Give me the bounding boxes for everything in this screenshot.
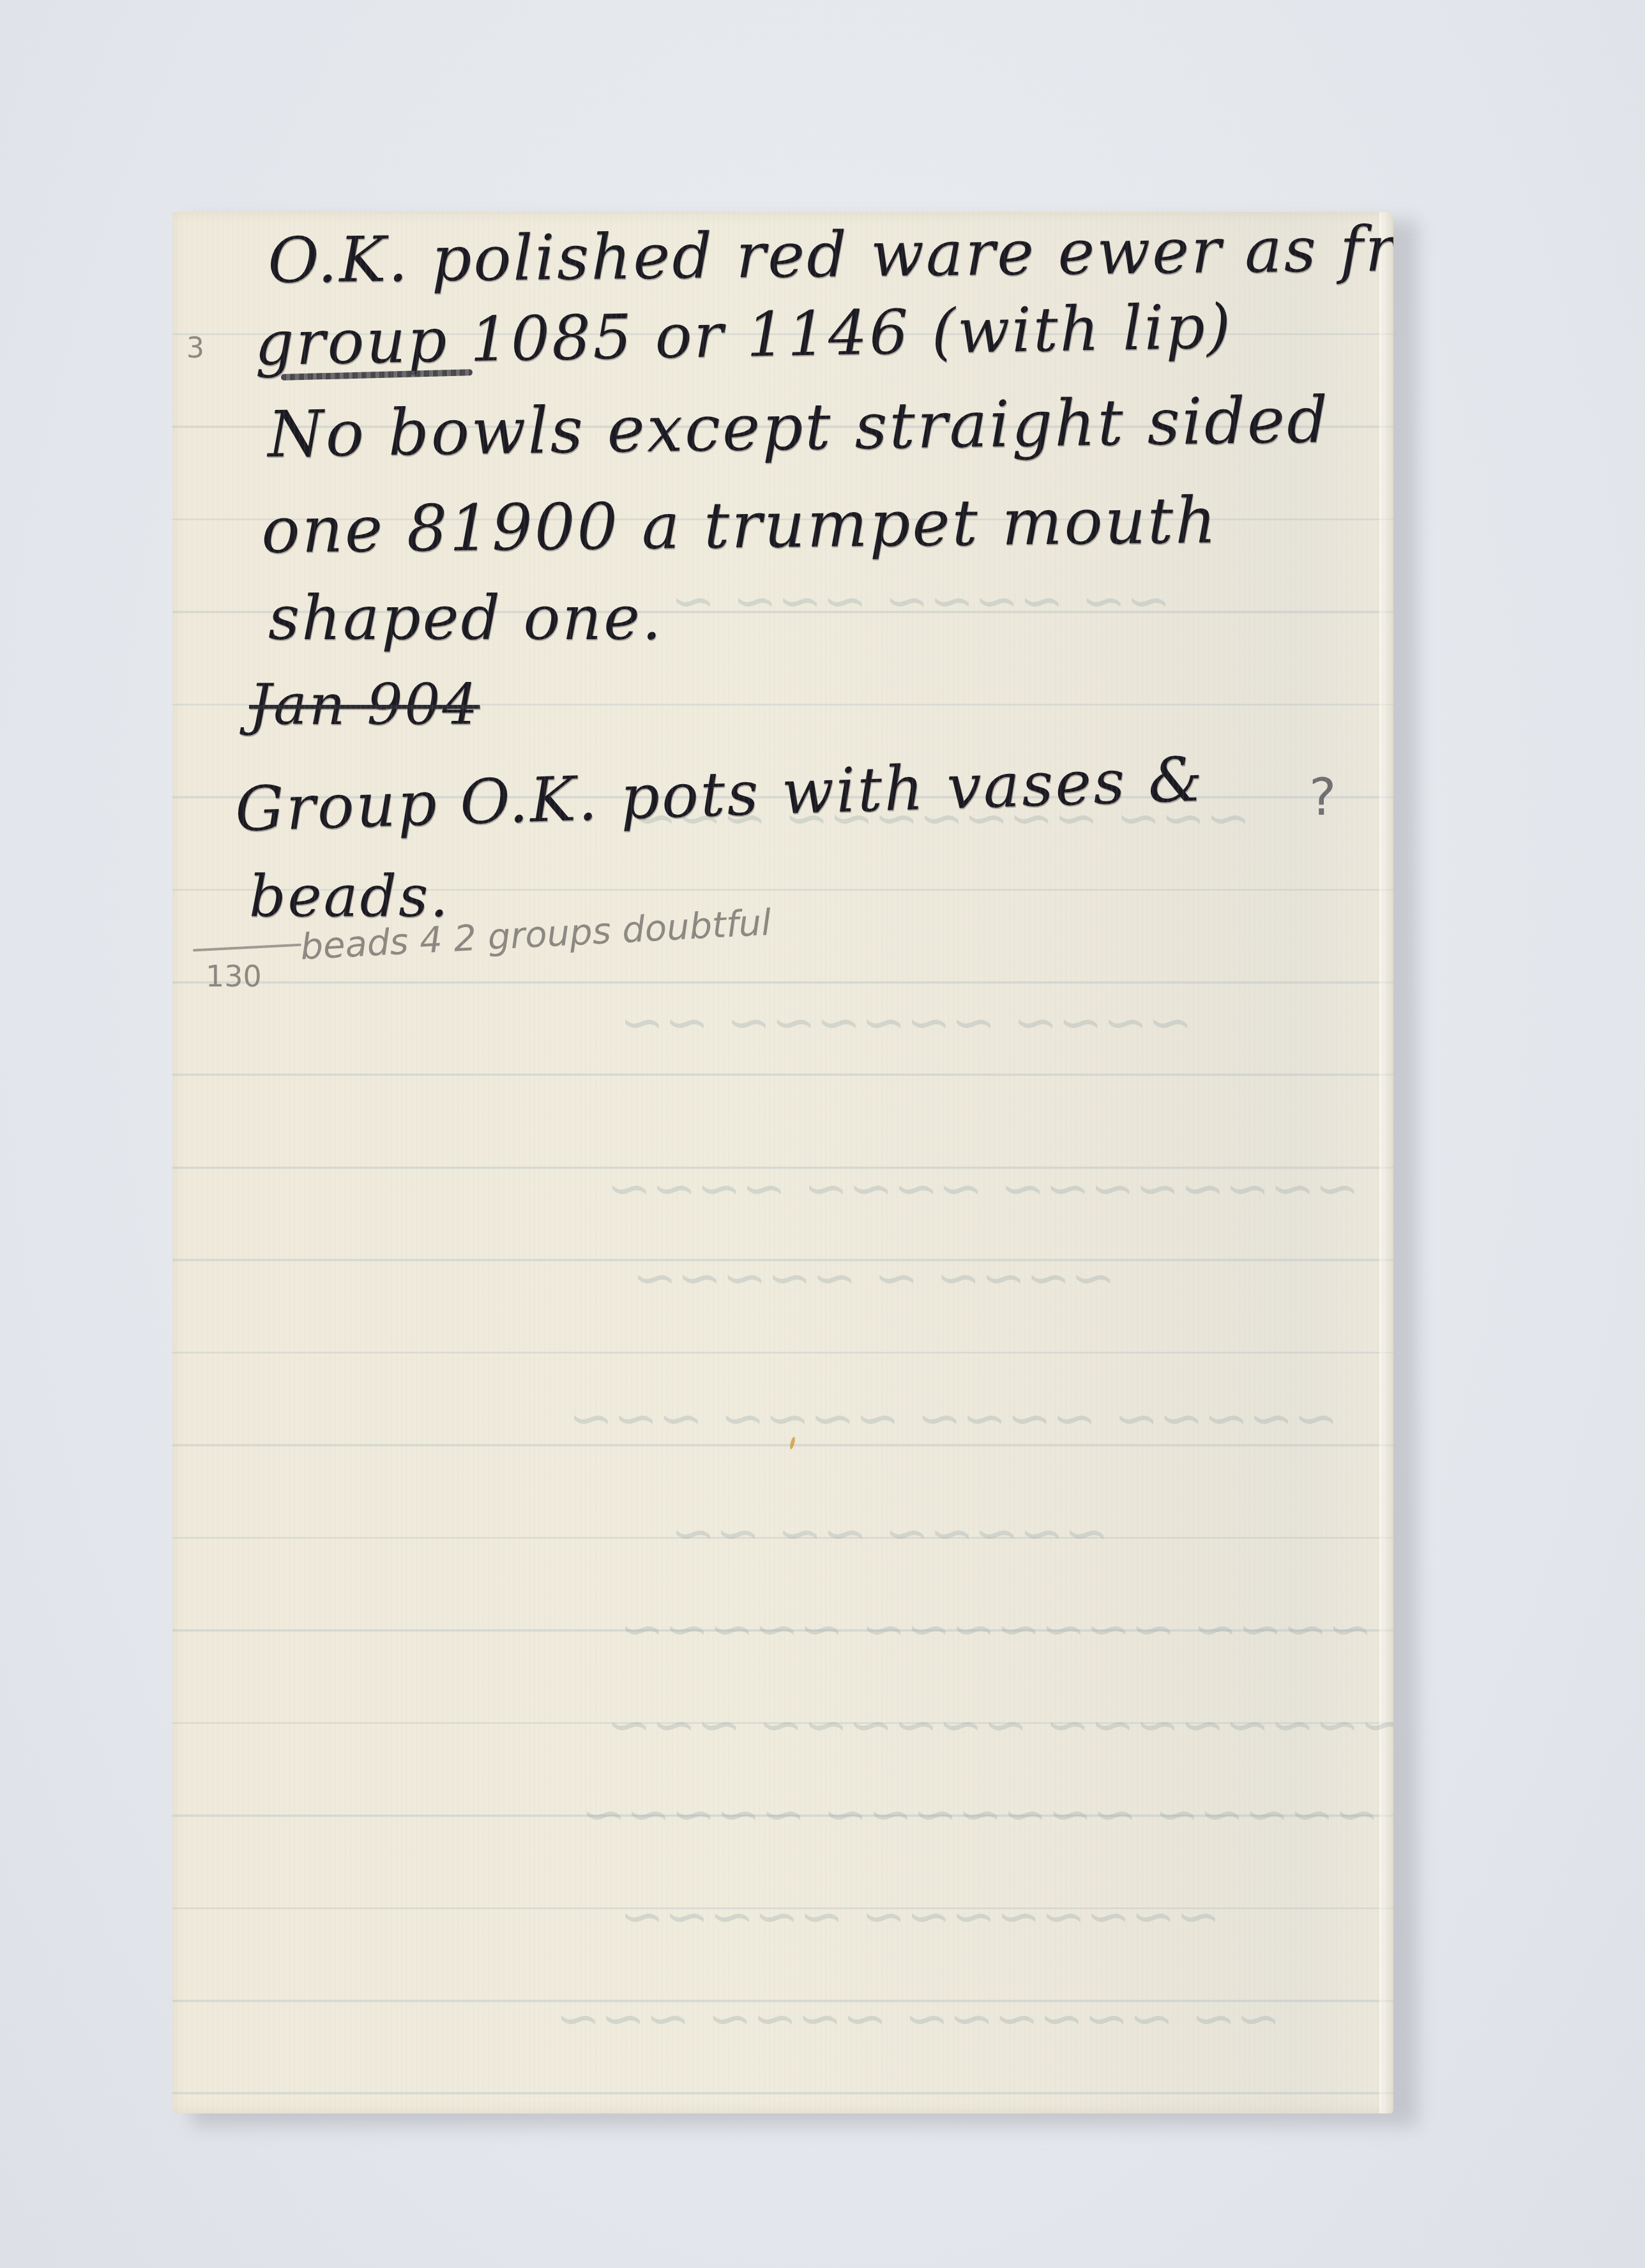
bleed-through-text: ~~~~ ~ ~~~~~ [632, 1246, 1116, 1309]
bleed-through-text: ~~~~ ~~~~~~ ~~ [619, 991, 1193, 1054]
bleed-through-text: ~~~ ~~~~~~~ ~~~ [632, 787, 1250, 849]
note-line-7: Group O.K. pots with vases & [234, 743, 1205, 845]
note-paper: ~~ ~~~~ ~~~ ~ ~~~ ~~~~~~~ ~~~ ~~~~ ~~~~~… [172, 212, 1393, 2113]
note-line-5: shaped one. [268, 582, 663, 654]
note-line-6-struck: Jan 904 [249, 672, 480, 737]
note-line-2: group 1085 or 1146 (with lip) [254, 291, 1233, 379]
note-line-3: No bowls except straight sided [267, 382, 1330, 472]
note-line-4: one 81900 a trumpet mouth [261, 483, 1218, 568]
bleed-through-text: ~~~~ ~~~~~~~ ~~~~~ [619, 1598, 1373, 1660]
bleed-through-text: ~~~~~ ~~~~~~~ ~~~~~ [581, 1783, 1379, 1845]
group-ref-underline [281, 369, 473, 381]
pencil-note-text: beads 4 2 groups doubtful [299, 902, 773, 969]
pencil-note-number: 130 [206, 959, 262, 994]
bleed-through-text: ~~~~~~~~ ~~~~~ [619, 1885, 1221, 1947]
margin-number: 3 [186, 332, 204, 365]
bleed-through-text: ~~ ~~~~ ~~~ ~ [671, 570, 1171, 632]
bleed-through-text: ~~~~~ ~~~~ ~~~~ ~~~ [568, 1387, 1338, 1449]
margin-question-mark: ? [1309, 767, 1336, 827]
note-line-1: O.K. polished red ware ewer as from [268, 212, 1393, 298]
paper-right-edge [1379, 212, 1393, 2113]
note-line-8: beads. [249, 863, 450, 930]
bleed-through-text: ~~~~~~~~ ~~~~~~ ~~~ [607, 1693, 1393, 1756]
bleed-through-text: ~~~~~~~~ ~~~~ ~~~~ [607, 1157, 1360, 1220]
bleed-through-text: ~~ ~~~~~~ ~~~~ ~~~ [556, 1987, 1281, 2050]
pencil-rule [193, 944, 301, 952]
bleed-through-text: ~~~~~ ~~ ~~ [671, 1502, 1109, 1564]
rust-stain [789, 1437, 796, 1450]
